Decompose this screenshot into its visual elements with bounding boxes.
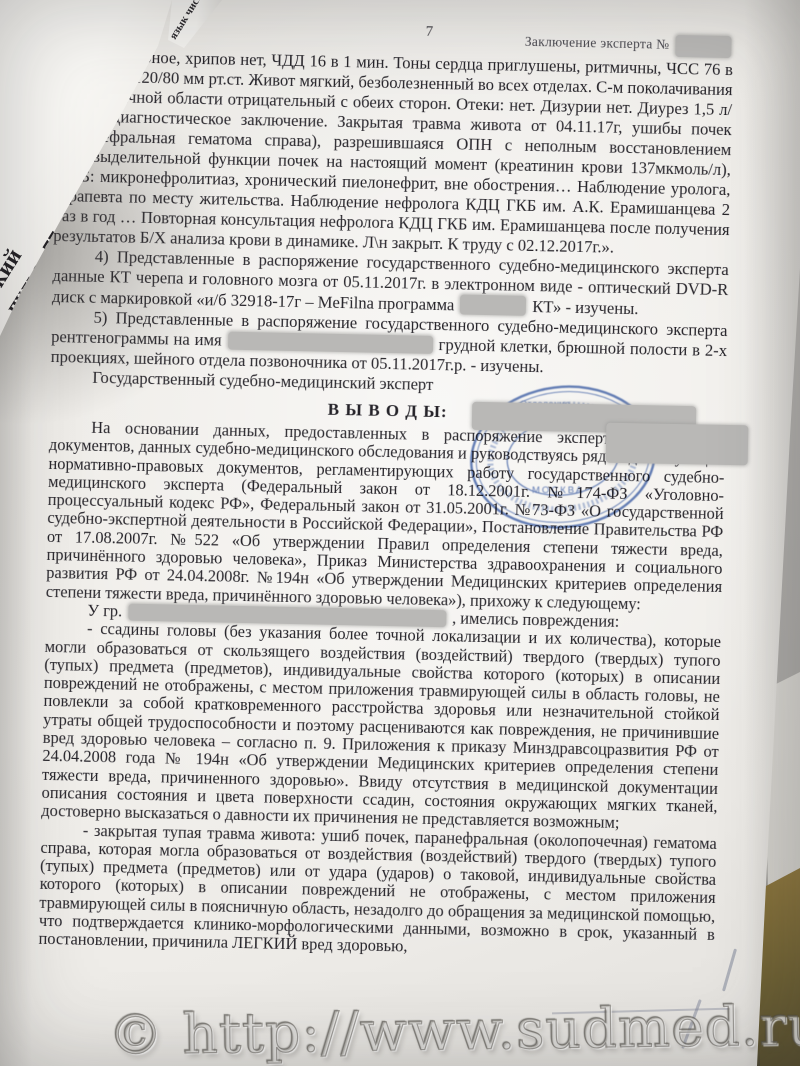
redaction-box-program [460,294,526,315]
pen-stroke [722,948,737,991]
paragraph-text: - закрытая тупая травма живота: ушиб поч… [38,820,717,956]
page-number: 7 [425,24,433,41]
document-header-label: Заключение эксперта № [525,34,670,53]
body-paragraph-medical-record: ых везикулярное, хрипов нет, ЧДД 16 в 1 … [53,46,733,260]
redaction-box-case-number [675,35,731,58]
paragraph-text: ых везикулярное, хрипов нет, ЧДД 16 в 1 … [53,46,733,257]
paragraph-text: - ссадины головы (без указания более точ… [41,619,721,832]
paragraph-text: У гр. [87,601,122,621]
document-photo-scene: 7 Заключение эксперта № ых везикулярное,… [0,0,800,1066]
watermark: © http://www.sudmed.ru [108,993,800,1066]
document-page: 7 Заключение эксперта № ых везикулярное,… [0,0,800,1066]
body-paragraph-abdominal-trauma: - закрытая тупая травма живота: ушиб поч… [38,820,717,962]
section-research-data: ых везикулярное, хрипов нет, ЧДД 16 в 1 … [50,46,733,401]
stamp-city-text: МОСКВА [532,485,584,496]
redaction-box-signature-2 [606,423,749,466]
paragraph-text: КТ» - изучены. [532,297,639,318]
body-paragraph-abrasions: - ссадины головы (без указания более точ… [41,619,721,834]
